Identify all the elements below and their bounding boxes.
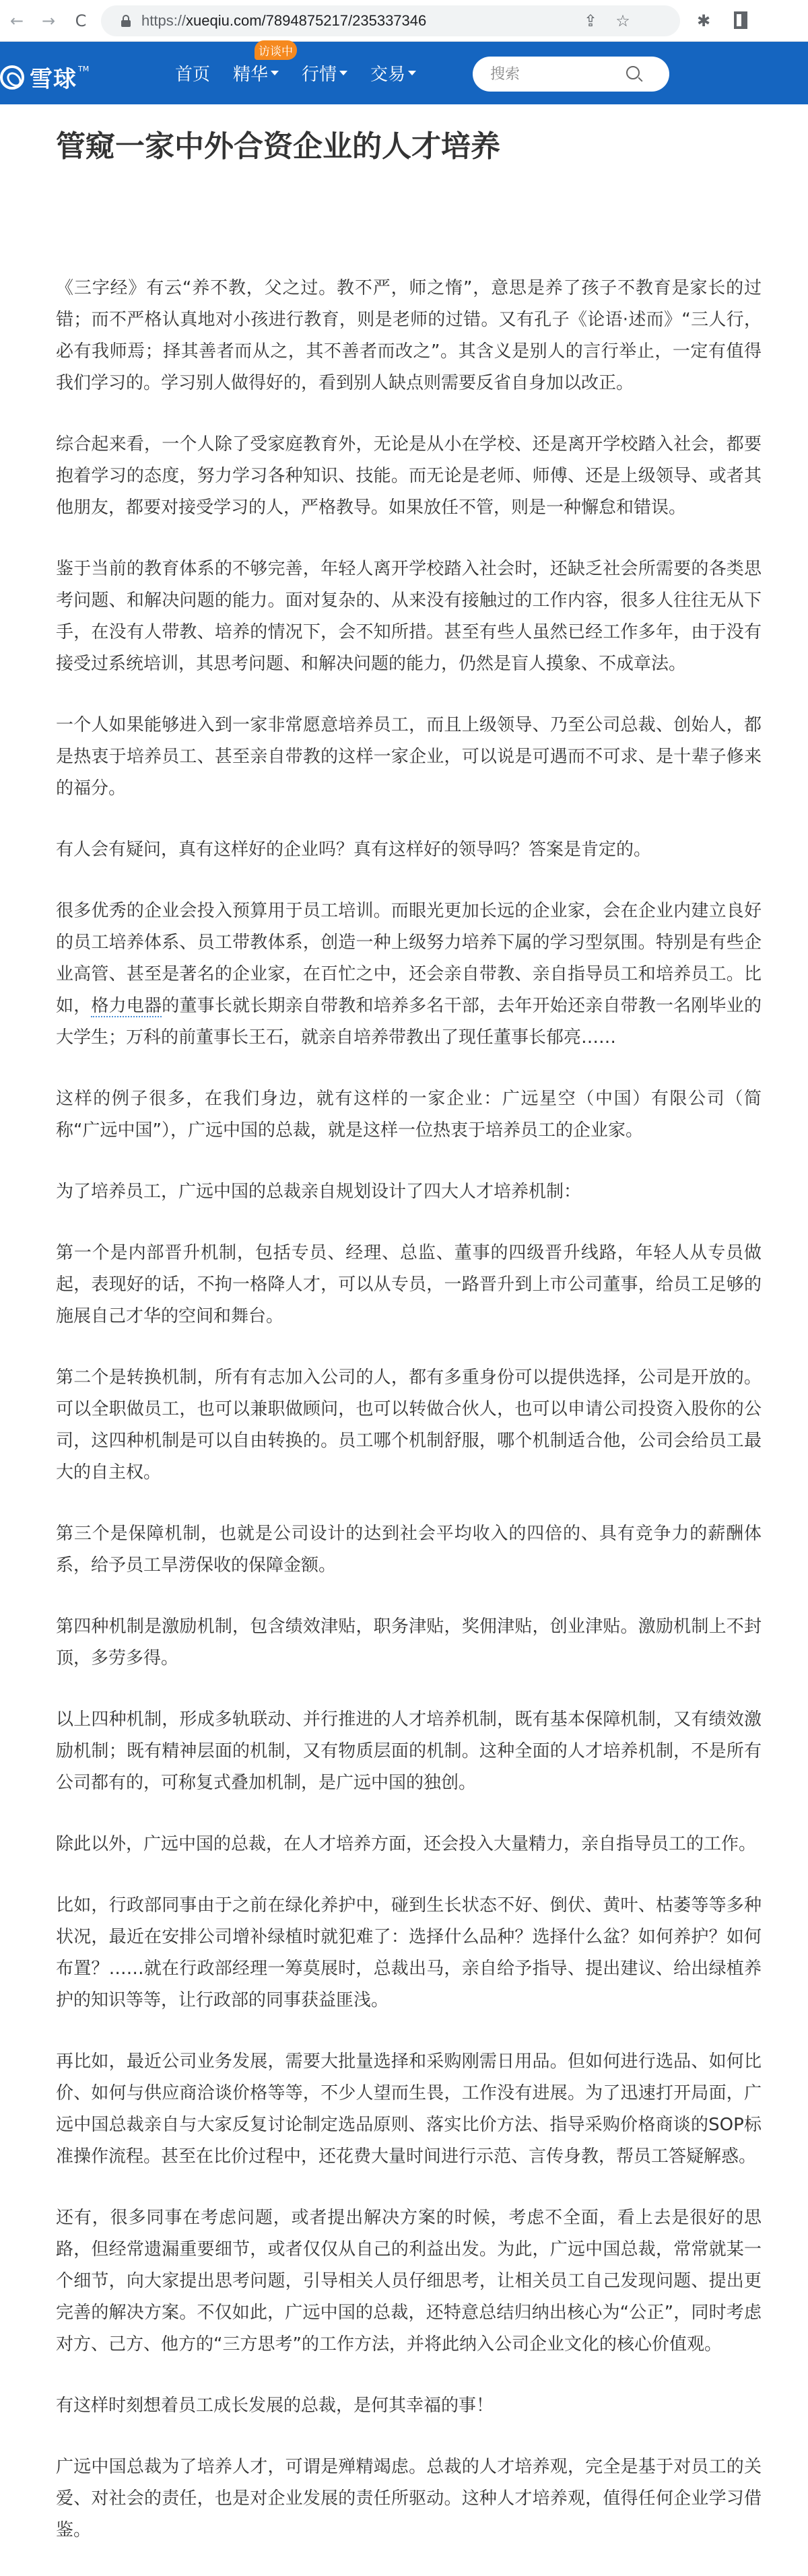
main-nav: 首页 访谈中 精华 行情 交易: [175, 42, 439, 104]
nav-market-label: 行情: [302, 61, 337, 86]
paragraph: 广远中国总裁为了培养人才，可谓是殚精竭虑。总裁的人才培养观，完全是基于对员工的关…: [56, 2451, 762, 2546]
chevron-down-icon: [271, 71, 279, 75]
logo-name: 雪球: [30, 61, 77, 94]
article: 管窥一家中外合资企业的人才培养 《三字经》有云“养不教，父之过。教不严，师之惰”…: [0, 104, 808, 2546]
paragraph: 比如，行政部同事由于之前在绿化养护中，碰到生长状态不好、倒伏、黄叶、枯萎等等多种…: [56, 1890, 762, 2016]
url-path: xueqiu.com/7894875217/235337346: [186, 12, 426, 29]
nav-home-label: 首页: [175, 61, 210, 86]
nav-featured-label: 精华: [233, 61, 268, 86]
extensions-puzzle-icon[interactable]: ✱: [694, 11, 714, 31]
chevron-down-icon: [339, 71, 347, 75]
paragraph: 第三个是保障机制，也就是公司设计的达到社会平均收入的四倍的、具有竞争力的薪酬体系…: [56, 1518, 762, 1582]
trademark: TM: [78, 65, 89, 73]
paragraph: 第一个是内部晋升机制，包括专员、经理、总监、董事的四级晋升线路，年轻人从专员做起…: [56, 1238, 762, 1332]
forward-arrow-icon[interactable]: →: [37, 9, 60, 32]
paragraph: 一个人如果能够进入到一家非常愿意培养员工，而且上级领导、乃至公司总裁、创始人，都…: [56, 710, 762, 805]
article-title: 管窥一家中外合资企业的人才培养: [56, 129, 762, 165]
paragraph: 除此以外，广远中国的总裁，在人才培养方面，还会投入大量精力，亲自指导员工的工作。: [56, 1829, 762, 1860]
url-text[interactable]: https://xueqiu.com/7894875217/235337346: [141, 12, 426, 30]
search-box: [473, 57, 669, 92]
stock-link-gree[interactable]: 格力电器: [91, 996, 162, 1017]
nav-market[interactable]: 行情: [302, 61, 347, 86]
paragraph: 《三字经》有云“养不教，父之过。教不严，师之惰”，意思是养了孩子不教育是家长的过…: [56, 273, 762, 399]
article-body: 《三字经》有云“养不教，父之过。教不严，师之惰”，意思是养了孩子不教育是家长的过…: [56, 273, 762, 2546]
back-arrow-icon[interactable]: ←: [5, 9, 28, 32]
browser-toolbar: ← → C https://xueqiu.com/7894875217/2353…: [0, 0, 808, 42]
xueqiu-logo[interactable]: 雪球 TM: [0, 61, 89, 94]
bookmark-star-icon[interactable]: ☆: [613, 11, 633, 31]
reload-icon[interactable]: C: [69, 9, 92, 32]
chevron-down-icon: [408, 71, 416, 75]
lock-icon[interactable]: [121, 15, 131, 27]
paragraph: 综合起来看，一个人除了受家庭教育外，无论是从小在学校、还是离开学校踏入社会，都要…: [56, 429, 762, 524]
paragraph: 再比如，最近公司业务发展，需要大批量选择和采购刚需日用品。但如何进行选品、如何比…: [56, 2046, 762, 2173]
paragraph: 这样的例子很多，在我们身边，就有这样的一家企业：广远星空（中国）有限公司（简称“…: [56, 1083, 762, 1147]
side-panel-icon[interactable]: [734, 11, 747, 29]
paragraph: 有这样时刻想着员工成长发展的总裁，是何其幸福的事！: [56, 2390, 762, 2422]
nav-featured[interactable]: 访谈中 精华: [233, 61, 279, 86]
nav-home[interactable]: 首页: [175, 61, 210, 86]
search-input[interactable]: [490, 66, 625, 83]
share-icon[interactable]: ⇪: [580, 11, 601, 31]
search-icon[interactable]: [626, 66, 640, 79]
paragraph: 第四种机制是激励机制，包含绩效津贴，职务津贴，奖佣津贴，创业津贴。激励机制上不封…: [56, 1611, 762, 1674]
interview-badge: 访谈中: [255, 40, 297, 60]
address-bar[interactable]: https://xueqiu.com/7894875217/235337346 …: [101, 5, 680, 36]
site-header: 雪球 TM 首页 访谈中 精华 行情 交易: [0, 42, 808, 104]
paragraph-text: 的董事长就长期亲自带教和培养多名干部，去年开始还亲自带教一名刚毕业的大学生；万科…: [56, 996, 762, 1048]
paragraph: 为了培养员工，广远中国的总裁亲自规划设计了四大人才培养机制：: [56, 1176, 762, 1208]
nav-trade-label: 交易: [370, 61, 405, 86]
paragraph: 以上四种机制，形成多轨联动、并行推进的人才培养机制，既有基本保障机制，又有绩效激…: [56, 1704, 762, 1799]
nav-trade[interactable]: 交易: [370, 61, 416, 86]
paragraph: 很多优秀的企业会投入预算用于员工培训。而眼光更加长远的企业家，会在企业内建立良好…: [56, 895, 762, 1054]
logo-mark-icon: [0, 65, 24, 90]
paragraph: 还有，很多同事在考虑问题，或者提出解决方案的时候，考虑不全面，看上去是很好的思路…: [56, 2202, 762, 2361]
paragraph: 鉴于当前的教育体系的不够完善，年轻人离开学校踏入社会时，还缺乏社会所需要的各类思…: [56, 553, 762, 680]
url-scheme: https://: [141, 12, 186, 29]
paragraph: 第二个是转换机制，所有有志加入公司的人，都有多重身份可以提供选择，公司是开放的。…: [56, 1362, 762, 1489]
paragraph: 有人会有疑问，真有这样好的企业吗？真有这样好的领导吗？答案是肯定的。: [56, 834, 762, 866]
